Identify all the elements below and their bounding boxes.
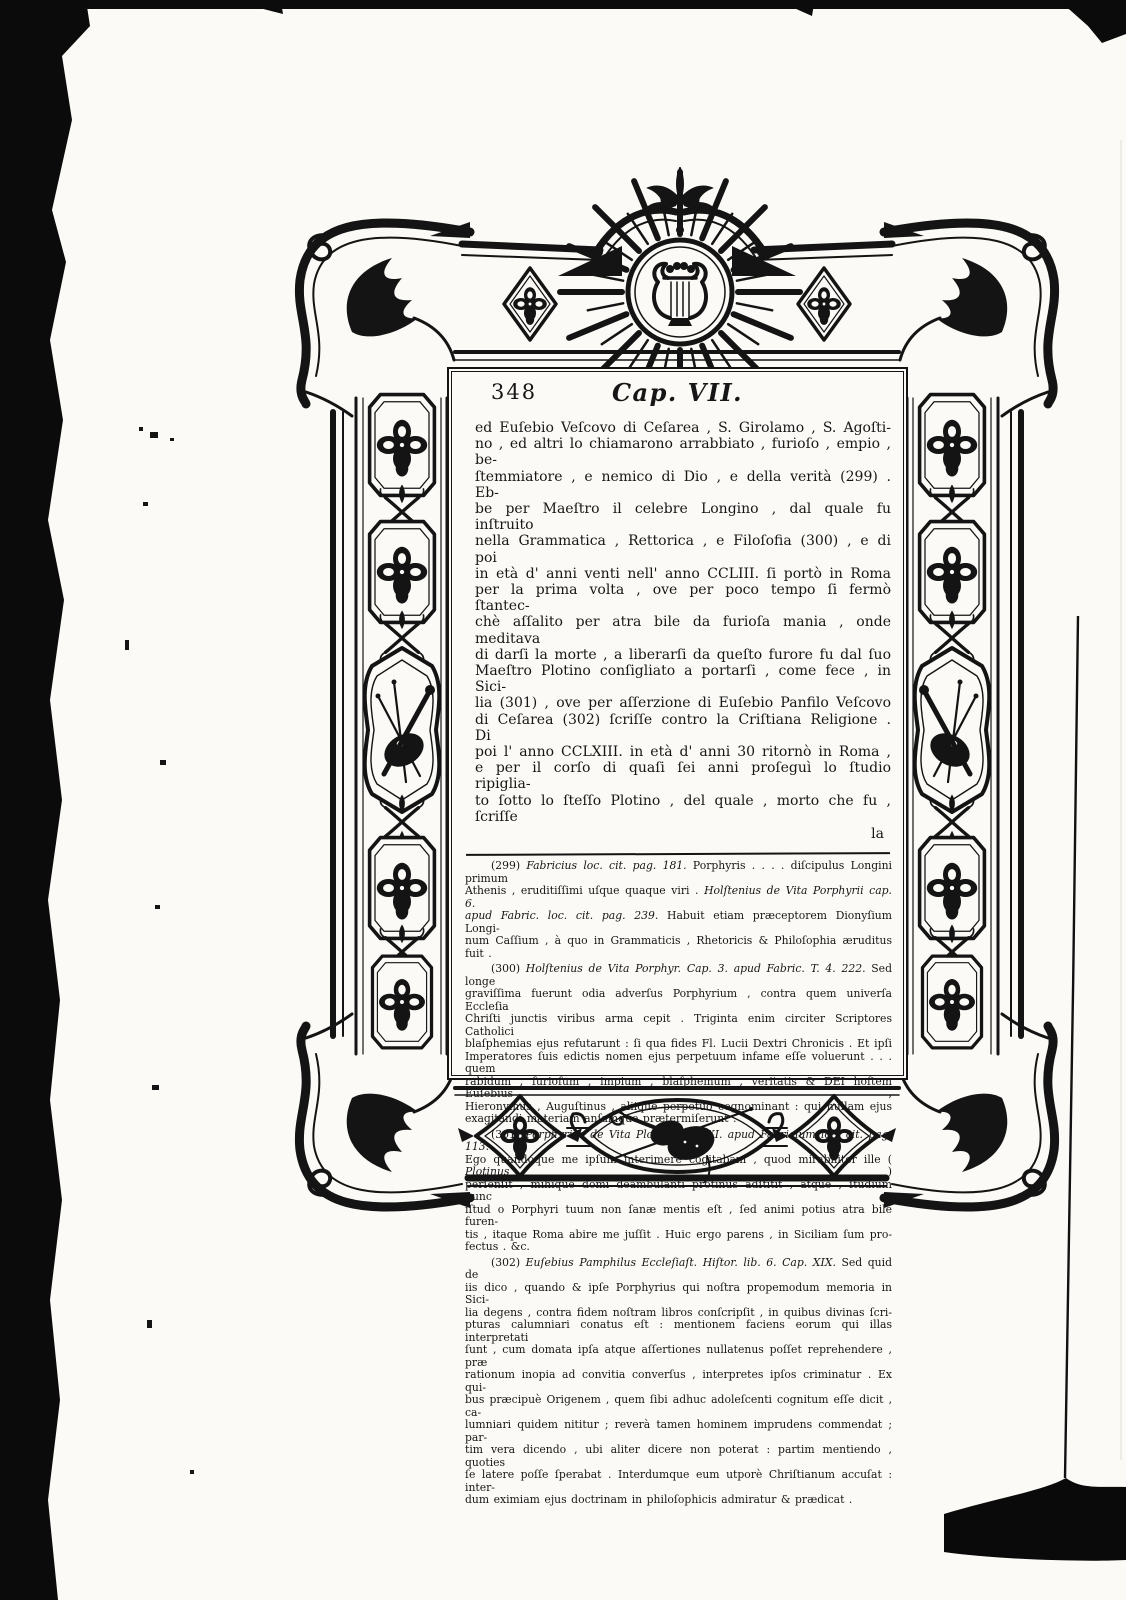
footnote-line: (302) Euſebius Pamphilus Eccleſiaſt. Hiſ… bbox=[465, 1257, 892, 1282]
footnote: (301) Porphyrius de Vita Plotini Cap. XI… bbox=[465, 1129, 892, 1254]
footnote-line: Ego quandoque me ipſum interimere cogita… bbox=[465, 1154, 892, 1179]
footnote-line: rationum inopia ad convitia converſus , … bbox=[465, 1369, 892, 1394]
text-line: Maeſtro Plotino conſigliato a portarſi ,… bbox=[475, 663, 891, 695]
footnote: (300) Holſtenius de Vita Porphyr. Cap. 3… bbox=[465, 963, 892, 1126]
footnote: (299) Fabricius loc. cit. pag. 181. Porp… bbox=[465, 860, 892, 960]
footnote-line: fuit . bbox=[465, 948, 892, 961]
catchword: la bbox=[449, 826, 906, 843]
footnote-line: ſunt , cum domata ipſa atque aſſertiones… bbox=[465, 1344, 892, 1369]
sun-ray bbox=[588, 303, 623, 310]
footnote-line: dum eximiam ejus doctrinam in philoſophi… bbox=[465, 1494, 892, 1507]
footnote-line: num Caſſium , à quo in Grammaticis , Rhe… bbox=[465, 935, 892, 948]
footnote-line: blaſphemias ejus refutarunt : ſi qua fid… bbox=[465, 1038, 892, 1051]
footnote-line: (299) Fabricius loc. cit. pag. 181. Porp… bbox=[465, 860, 892, 885]
footnotes: (299) Fabricius loc. cit. pag. 181. Porp… bbox=[465, 860, 892, 1507]
text-line: be per Maeſtro il celebre Longino , dal … bbox=[475, 501, 891, 533]
text-line: per la prima volta , ove per poco tempo … bbox=[475, 582, 891, 614]
corner-top-right bbox=[884, 222, 1055, 416]
footnote-line: iſtud o Porphyri tuum non ſanæ mentis eſ… bbox=[465, 1204, 892, 1229]
text-line: ed Euſebio Veſcovo di Ceſarea , S. Girol… bbox=[475, 420, 891, 436]
page-header: 348 Cap. VII. bbox=[449, 378, 906, 414]
footnote-divider bbox=[465, 852, 889, 856]
right-ornament-strip bbox=[907, 395, 998, 1054]
text-line: in età d' anni venti nell' anno CCLIII. … bbox=[475, 566, 891, 582]
left-ornament-strip bbox=[356, 395, 447, 1054]
text-line: to ſotto lo ſteſſo Plotino , del quale ,… bbox=[475, 793, 891, 825]
chapter-heading: Cap. VII. bbox=[449, 378, 906, 407]
sun-ray bbox=[737, 303, 772, 310]
text-line: lia (301) , ove per aſſerzione di Euſebi… bbox=[475, 695, 891, 711]
footnote-line: perſenſit , mihique domi deambulanti pro… bbox=[465, 1179, 892, 1204]
corner-top-left bbox=[299, 222, 470, 416]
footnote-line: rabidum , furioſum , impium , blaſphemum… bbox=[465, 1076, 892, 1101]
text-line: di Ceſarea (302) ſcriſſe contro la Criſt… bbox=[475, 712, 891, 744]
text-line: nella Grammatica , Rettorica , e Filoſof… bbox=[475, 533, 891, 565]
footnote: (302) Euſebius Pamphilus Eccleſiaſt. Hiſ… bbox=[465, 1257, 892, 1507]
text-line: di darſi la morte , a liberarſi da queſt… bbox=[475, 647, 891, 663]
footnote-line: bus præcipuè Origenem , quem ſibi adhuc … bbox=[465, 1394, 892, 1419]
text-line: chè aſſalito per atra bile da furioſa ma… bbox=[475, 614, 891, 646]
main-text: ed Euſebio Veſcovo di Ceſarea , S. Girol… bbox=[475, 420, 891, 825]
footnote-line: iis dico , quando & ipſe Porphyrius qui … bbox=[465, 1282, 892, 1307]
footnote-line: Imperatores ſuis edictis nomen ejus perp… bbox=[465, 1051, 892, 1076]
text-line: poi l' anno CCLXIII. in età d' anni 30 r… bbox=[475, 744, 891, 760]
footnote-line: ſe latere poſſe ſperabat . Interdumque e… bbox=[465, 1469, 892, 1494]
lyre-medallion bbox=[628, 240, 732, 344]
text-line: e per il corſo di quaſi ſei anni proſegu… bbox=[475, 760, 891, 792]
footnote-line: fectus . &c. bbox=[465, 1241, 892, 1254]
text-line: ſtemmiatore , e nemico di Dio , e della … bbox=[475, 469, 891, 501]
footnote-line: graviſſima fuerunt odia adverſus Porphyr… bbox=[465, 988, 892, 1013]
text-line: no , ed altri lo chiamarono arrabbiato ,… bbox=[475, 436, 891, 468]
footnote-line: apud Fabric. loc. cit. pag. 239. Habuit … bbox=[465, 910, 892, 935]
footnote-line: (301) Porphyrius de Vita Plotini Cap. XI… bbox=[465, 1129, 892, 1154]
footnote-line: pturas calumniari conatus eſt : mentione… bbox=[465, 1319, 892, 1344]
footnote-line: Chriſti junctis viribus arma cepit . Tri… bbox=[465, 1013, 892, 1038]
text-frame: 348 Cap. VII. ed Euſebio Veſcovo di Ceſa… bbox=[447, 367, 908, 1080]
footnote-line: Athenis , eruditiſſimi uſque quaque viri… bbox=[465, 885, 892, 910]
book-page-scan: 348 Cap. VII. ed Euſebio Veſcovo di Ceſa… bbox=[0, 0, 1126, 1600]
footnote-line: lumniari quidem nititur ; reverà tamen h… bbox=[465, 1419, 892, 1444]
footnote-line: (300) Holſtenius de Vita Porphyr. Cap. 3… bbox=[465, 963, 892, 988]
footnote-line: exagitandi materiam anſamque prætermiſer… bbox=[465, 1113, 892, 1126]
footnote-line: tim vera dicendo , ubi aliter dicere non… bbox=[465, 1444, 892, 1469]
